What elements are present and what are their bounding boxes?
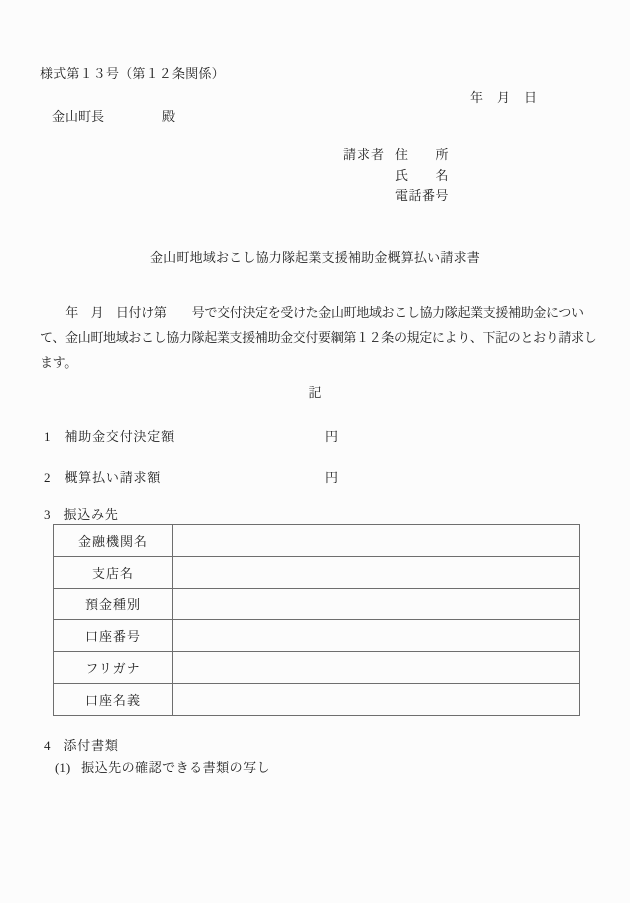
row-label-cell: 口座名義 [54, 683, 173, 715]
attachment-item: (1)振込先の確認できる書類の写し [55, 757, 270, 776]
claimant-fields: 住 所 氏 名 電話番号 [395, 145, 449, 207]
record-mark: 記 [0, 382, 630, 401]
row-value-cell [173, 588, 580, 620]
claimant-field-address: 住 所 [395, 145, 449, 166]
section-label: 振込み先 [64, 507, 119, 522]
item-label: 補助金交付決定額 [65, 429, 175, 444]
addressee-honorific: 殿 [162, 109, 175, 124]
item-row-decision-amount: 1補助金交付決定額円 [44, 426, 589, 445]
row-label-cell: フリガナ [54, 652, 173, 684]
attachments-section-heading: 4添付書類 [44, 735, 119, 754]
table-row-bank-name: 金融機関名 [54, 525, 580, 557]
row-label-cell: 預金種別 [54, 588, 173, 620]
item-unit-yen: 円 [325, 426, 338, 445]
table-row-account-holder: 口座名義 [54, 683, 580, 715]
transfer-section-heading: 3振込み先 [44, 504, 119, 523]
claimant-label: 請求者 [343, 145, 385, 166]
row-label-cell: 支店名 [54, 556, 173, 588]
claimant-field-name: 氏 名 [395, 166, 449, 187]
document-title: 金山町地域おこし協力隊起業支援補助金概算払い請求書 [0, 247, 630, 266]
body-paragraph: 年 月 日付け第 号で交付決定を受けた金山町地域おこし協力隊起業支援補助金につい… [40, 301, 596, 375]
item-number: 2 [44, 470, 51, 485]
row-value-cell [173, 556, 580, 588]
table-row-account-type: 預金種別 [54, 588, 580, 620]
item-unit-yen: 円 [325, 467, 338, 486]
row-label-cell: 金融機関名 [54, 525, 173, 557]
item-number: 1 [44, 429, 51, 444]
row-label-cell: 口座番号 [54, 620, 173, 652]
claimant-block: 請求者 住 所 氏 名 電話番号 [343, 145, 449, 207]
item-row-request-amount: 2概算払い請求額円 [44, 467, 589, 486]
section-label: 添付書類 [64, 738, 119, 753]
section-number: 4 [44, 738, 51, 753]
addressee-line: 金山町長殿 [52, 106, 175, 125]
claimant-field-phone: 電話番号 [395, 186, 449, 207]
row-value-cell [173, 652, 580, 684]
attachment-text: 振込先の確認できる書類の写し [81, 760, 270, 775]
bank-transfer-table: 金融機関名 支店名 預金種別 口座番号 フリガナ 口座名義 [53, 524, 580, 716]
addressee-name: 金山町長 [52, 109, 104, 124]
row-value-cell [173, 683, 580, 715]
table-row-account-number: 口座番号 [54, 620, 580, 652]
row-value-cell [173, 620, 580, 652]
item-label: 概算払い請求額 [65, 470, 162, 485]
date-line: 年 月 日 [470, 87, 538, 106]
document-page: 様式第１３号（第１２条関係） 年 月 日 金山町長殿 請求者 住 所 氏 名 電… [0, 0, 630, 903]
attachment-number: (1) [55, 760, 70, 775]
table-row-furigana: フリガナ [54, 652, 580, 684]
form-number: 様式第１３号（第１２条関係） [40, 63, 225, 82]
section-number: 3 [44, 507, 51, 522]
row-value-cell [173, 525, 580, 557]
table-row-branch-name: 支店名 [54, 556, 580, 588]
